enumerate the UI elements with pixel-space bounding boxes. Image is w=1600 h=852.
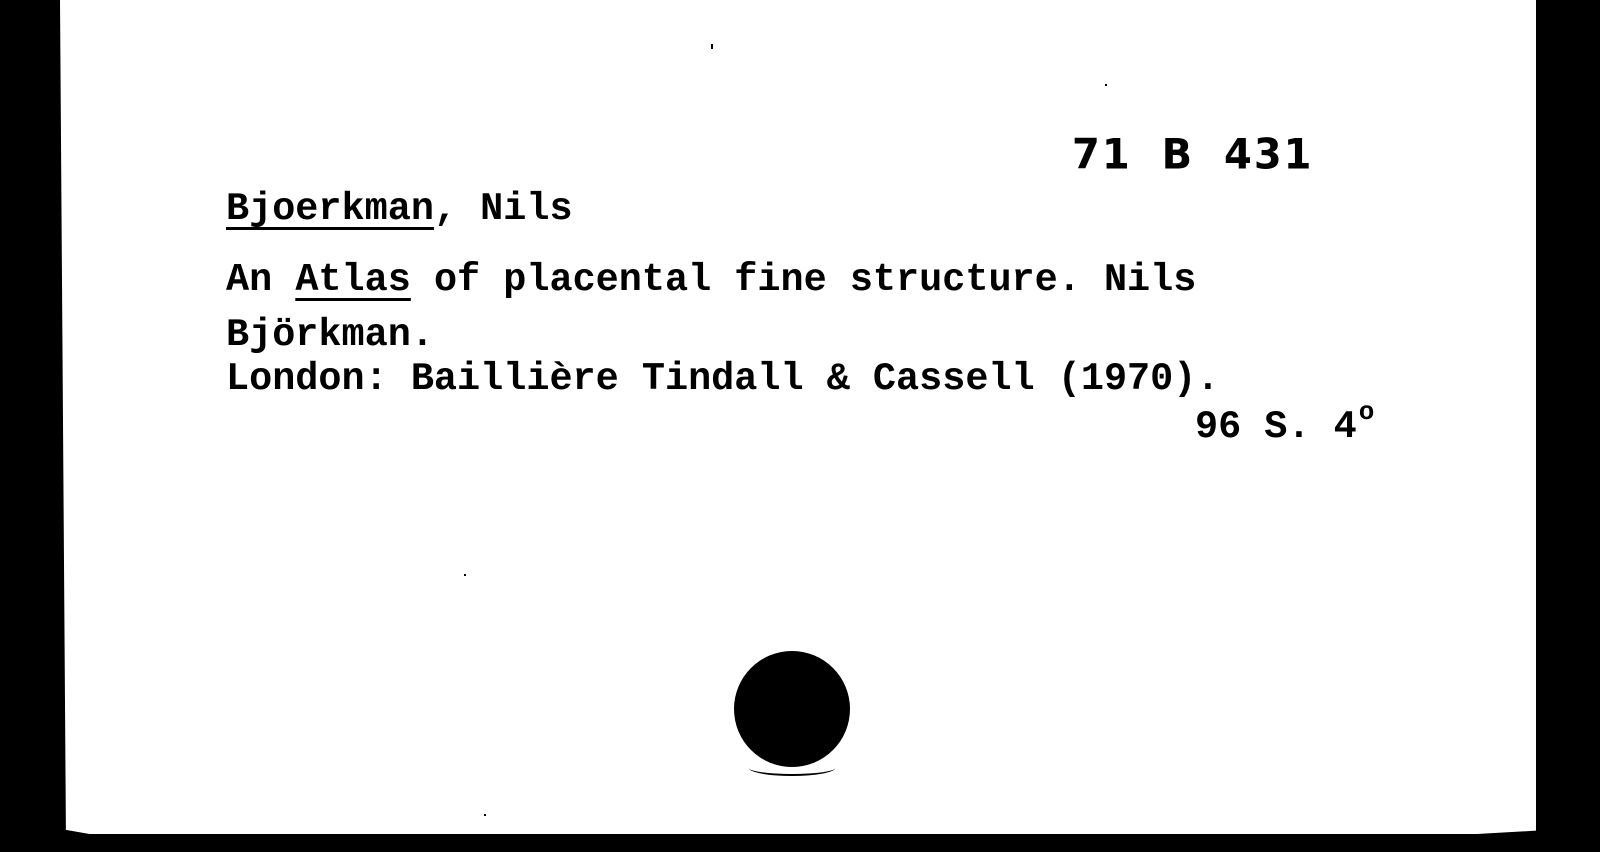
collation: 96 S. 4o <box>1195 405 1374 449</box>
author-separator: , <box>434 187 457 231</box>
title-line-1: An Atlas of placental fine structure. Ni… <box>226 258 1196 302</box>
dust-speck <box>484 814 486 816</box>
title-rest: of placental fine structure. Nils <box>411 258 1197 302</box>
author-surname: Bjoerkman <box>226 187 434 231</box>
collation-format: 4 <box>1334 405 1357 449</box>
title-keyword: Atlas <box>295 258 411 302</box>
author-given-name: Nils <box>457 187 573 231</box>
title-prefix: An <box>226 258 295 302</box>
card-paper: 71 B 431 Bjoerkman, Nils An Atlas of pla… <box>60 0 1536 834</box>
punch-hole-edge <box>749 760 835 776</box>
collation-format-superscript: o <box>1359 397 1375 427</box>
imprint: London: Baillière Tindall & Cassell (197… <box>226 357 1219 401</box>
call-number: 71 B 431 <box>1072 131 1314 179</box>
author-heading: Bjoerkman, Nils <box>226 187 573 231</box>
collation-pages: 96 S. <box>1195 405 1311 449</box>
dust-speck <box>1105 84 1107 86</box>
dust-speck <box>464 574 466 576</box>
punch-hole <box>734 651 850 767</box>
scanned-catalog-card: 71 B 431 Bjoerkman, Nils An Atlas of pla… <box>0 0 1600 852</box>
title-line-2: Björkman. <box>226 313 434 357</box>
dust-speck <box>711 44 713 49</box>
